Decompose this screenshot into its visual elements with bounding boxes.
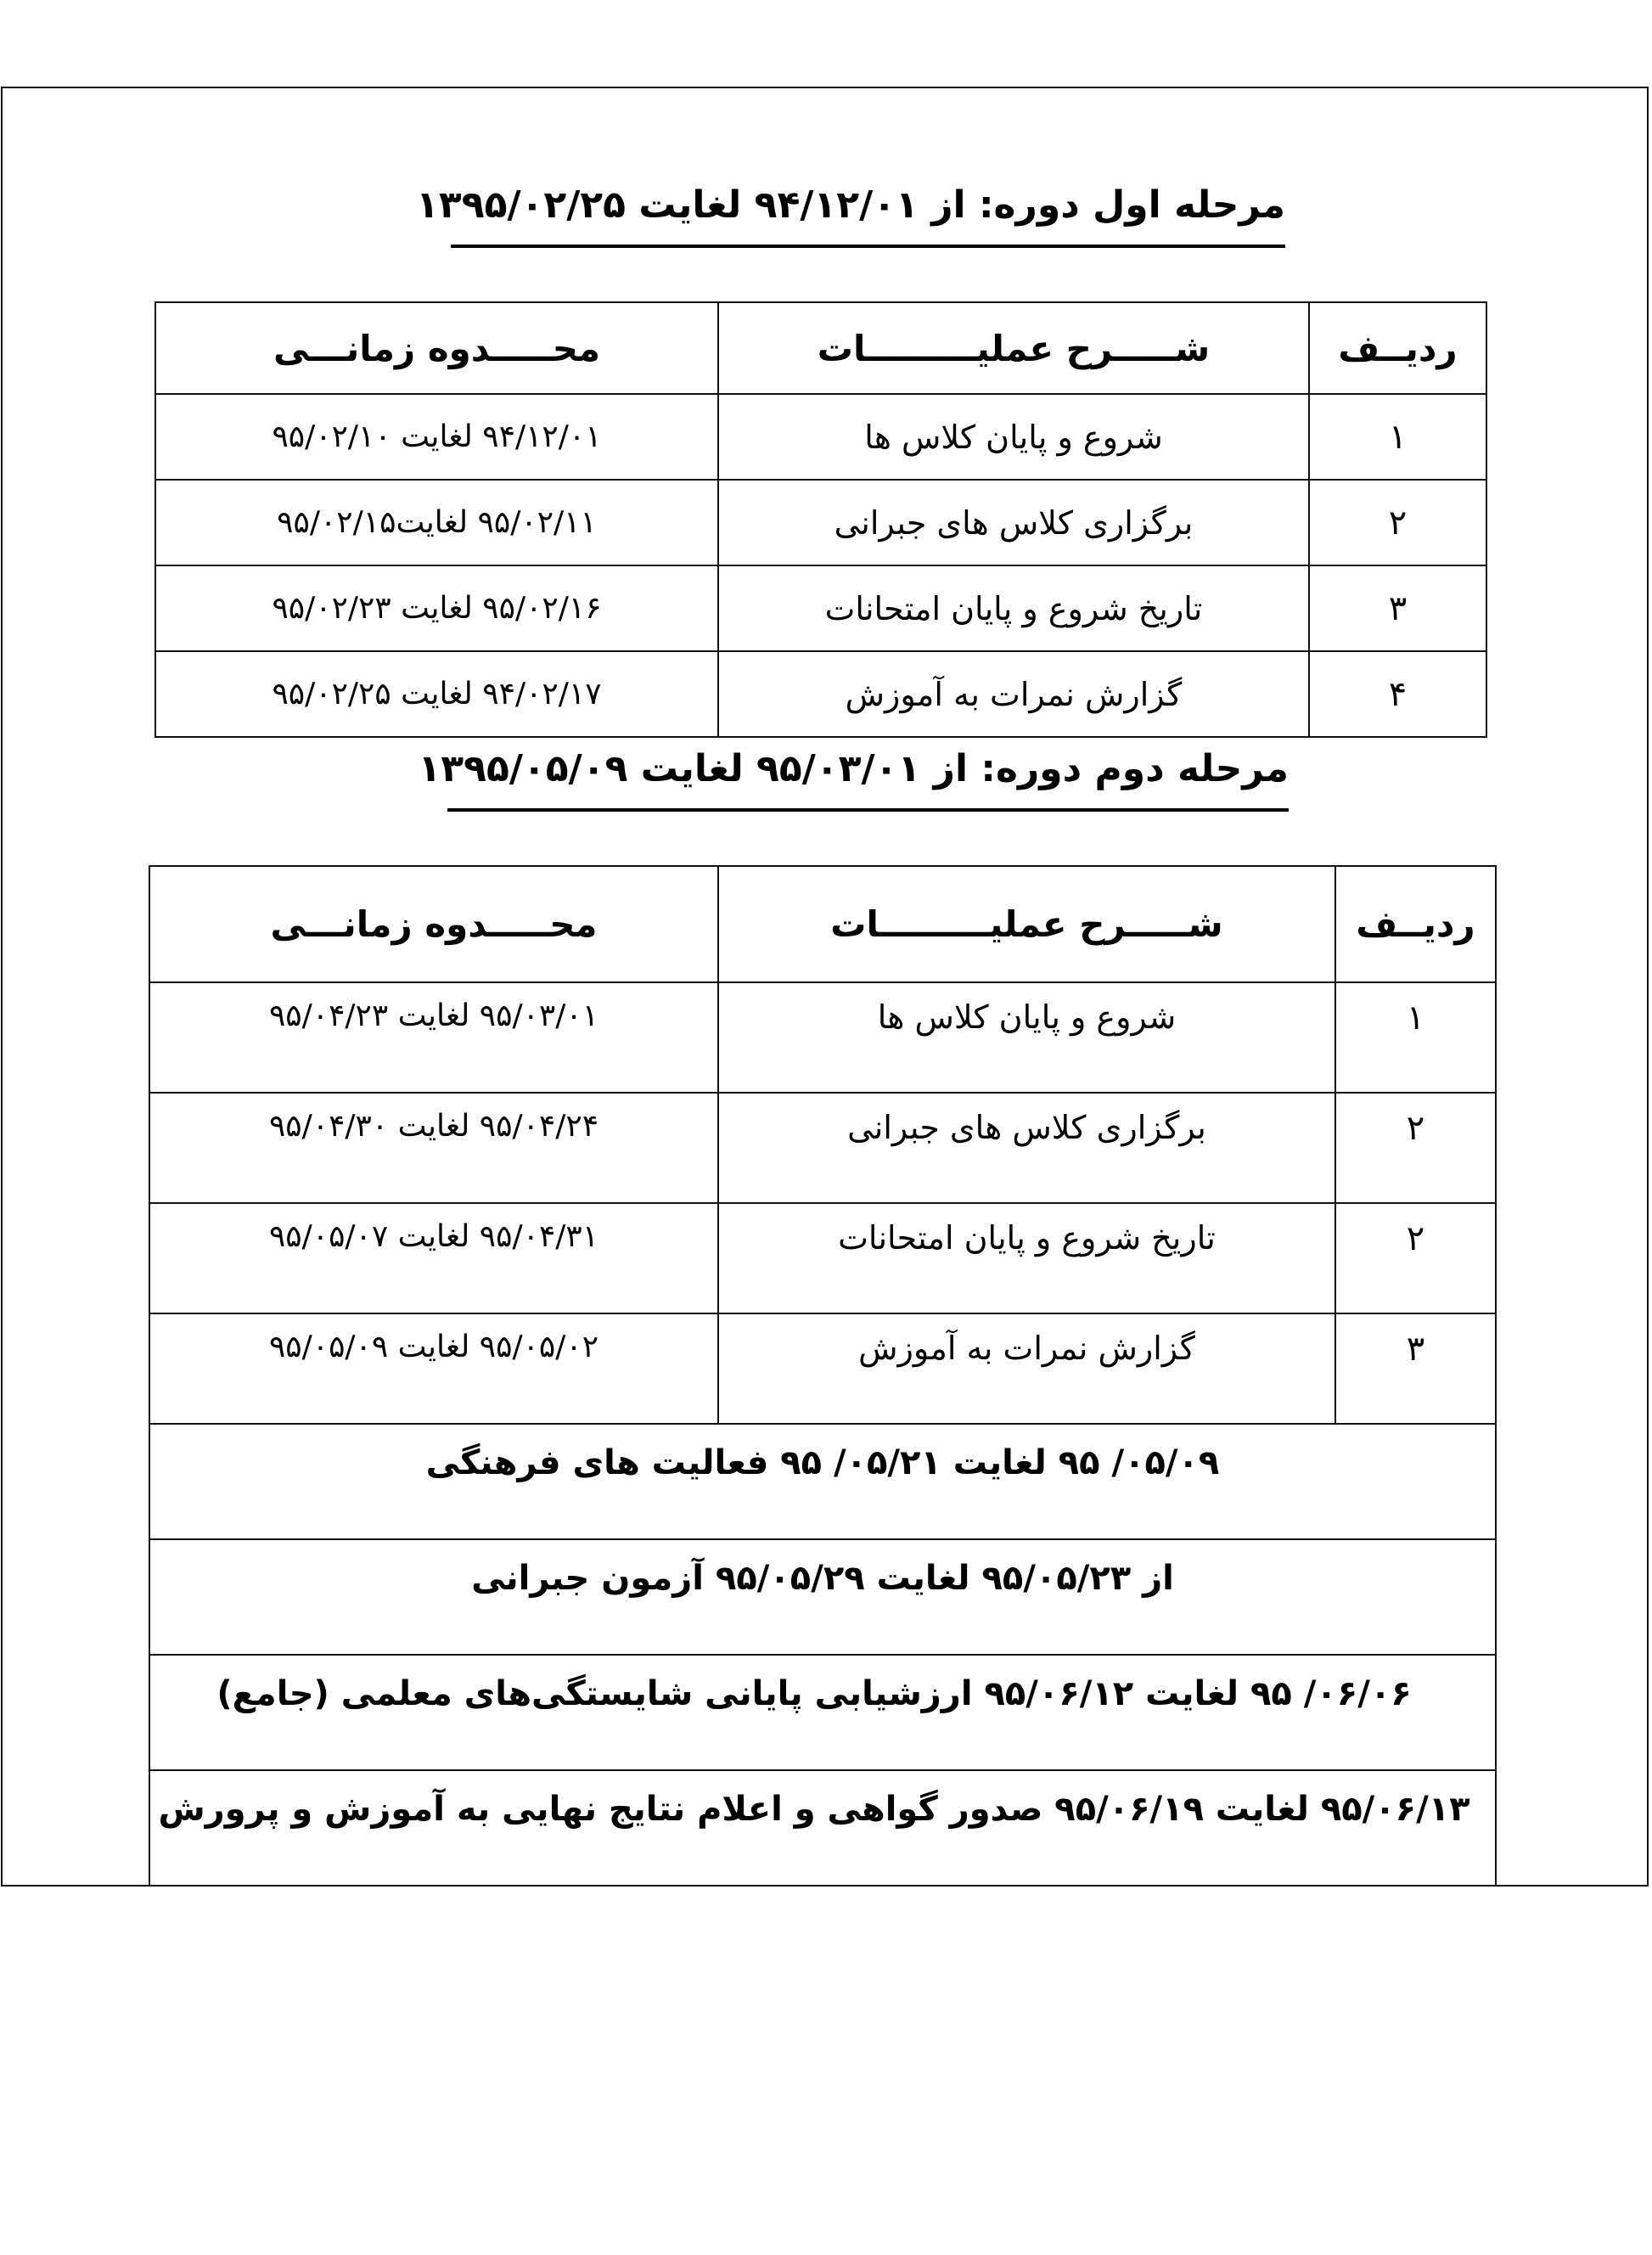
table-row: ۳ گزارش نمرات به آموزش ۹۵/۰۵/۰۲ لغایت ۹۵… [149,1313,1496,1424]
row-index: ۲ [1335,1203,1496,1313]
note-row: ۹۵/۰۶/۱۳ لغایت ۹۵/۰۶/۱۹ صدور گواهی و اعل… [149,1770,1496,1886]
table-row: ۲ تاریخ شروع و پایان امتحانات ۹۵/۰۴/۳۱ ل… [149,1203,1496,1313]
row-index: ۴ [1309,651,1486,737]
row-description: گزارش نمرات به آموزش [718,1313,1335,1424]
table-header-row: ردیــف شـــــرح عملیـــــــــات محـــــد… [149,866,1496,982]
phase2-title: مرحله دوم دوره: از ۹۵/۰۳/۰۱ لغایت ۱۳۹۵/۰… [447,744,1289,812]
note-cultural-activities: ۰۵/۰۹/ ۹۵ لغایت ۰۵/۲۱/ ۹۵ فعالیت های فره… [149,1424,1496,1539]
note-final-assessment: ۰۶/۰۶/ ۹۵ لغایت ۹۵/۰۶/۱۲ ارزشیابی پایانی… [149,1655,1496,1770]
table-row: ۱ شروع و پایان کلاس ها ۹۵/۰۳/۰۱ لغایت ۹۵… [149,982,1496,1093]
note-row: ۰۶/۰۶/ ۹۵ لغایت ۹۵/۰۶/۱۲ ارزشیابی پایانی… [149,1655,1496,1770]
row-description: تاریخ شروع و پایان امتحانات [718,1203,1335,1313]
note-row: ۰۵/۰۹/ ۹۵ لغایت ۰۵/۲۱/ ۹۵ فعالیت های فره… [149,1424,1496,1539]
table-row: ۲ برگزاری کلاس های جبرانی ۹۵/۰۴/۲۴ لغایت… [149,1093,1496,1203]
row-time-range: ۹۵/۰۴/۳۱ لغایت ۹۵/۰۵/۰۷ [149,1203,718,1313]
row-time-range: ۹۵/۰۲/۱۱ لغایت۹۵/۰۲/۱۵ [155,480,718,565]
header-description: شـــــرح عملیـــــــــات [718,866,1335,982]
row-description: تاریخ شروع و پایان امتحانات [718,565,1309,651]
header-time-range: محـــــدوه زمانـــی [155,302,718,394]
row-time-range: ۹۵/۰۵/۰۲ لغایت ۹۵/۰۵/۰۹ [149,1313,718,1424]
row-description: شروع و پایان کلاس ها [718,394,1309,480]
row-time-range: ۹۵/۰۳/۰۱ لغایت ۹۵/۰۴/۲۳ [149,982,718,1093]
row-index: ۳ [1309,565,1486,651]
table-row: ۲ برگزاری کلاس های جبرانی ۹۵/۰۲/۱۱ لغایت… [155,480,1486,565]
table-row: ۴ گزارش نمرات به آموزش ۹۴/۰۲/۱۷ لغایت ۹۵… [155,651,1486,737]
phase2-schedule-table: ردیــف شـــــرح عملیـــــــــات محـــــد… [149,865,1497,1887]
row-index: ۲ [1309,480,1486,565]
row-index: ۱ [1309,394,1486,480]
row-time-range: ۹۴/۱۲/۰۱ لغایت ۹۵/۰۲/۱۰ [155,394,718,480]
row-index: ۱ [1335,982,1496,1093]
row-description: شروع و پایان کلاس ها [718,982,1335,1093]
row-description: برگزاری کلاس های جبرانی [718,1093,1335,1203]
row-description: برگزاری کلاس های جبرانی [718,480,1309,565]
row-index: ۲ [1335,1093,1496,1203]
note-certificate-results: ۹۵/۰۶/۱۳ لغایت ۹۵/۰۶/۱۹ صدور گواهی و اعل… [149,1770,1496,1886]
header-description: شـــــرح عملیـــــــــات [718,302,1309,394]
note-row: از ۹۵/۰۵/۲۳ لغایت ۹۵/۰۵/۲۹ آزمون جبرانی [149,1539,1496,1655]
header-time-range: محـــــدوه زمانـــی [149,866,718,982]
row-description: گزارش نمرات به آموزش [718,651,1309,737]
row-time-range: ۹۵/۰۲/۱۶ لغایت ۹۵/۰۲/۲۳ [155,565,718,651]
table-header-row: ردیــف شـــــرح عملیـــــــــات محـــــد… [155,302,1486,394]
table-row: ۱ شروع و پایان کلاس ها ۹۴/۱۲/۰۱ لغایت ۹۵… [155,394,1486,480]
phase1-schedule-table: ردیــف شـــــرح عملیـــــــــات محـــــد… [155,301,1487,738]
table-row: ۳ تاریخ شروع و پایان امتحانات ۹۵/۰۲/۱۶ ل… [155,565,1486,651]
phase1-title: مرحله اول دوره: از ۹۴/۱۲/۰۱ لغایت ۱۳۹۵/۰… [451,180,1285,248]
row-time-range: ۹۴/۰۲/۱۷ لغایت ۹۵/۰۲/۲۵ [155,651,718,737]
note-makeup-exam: از ۹۵/۰۵/۲۳ لغایت ۹۵/۰۵/۲۹ آزمون جبرانی [149,1539,1496,1655]
row-index: ۳ [1335,1313,1496,1424]
header-index: ردیــف [1335,866,1496,982]
row-time-range: ۹۵/۰۴/۲۴ لغایت ۹۵/۰۴/۳۰ [149,1093,718,1203]
header-index: ردیــف [1309,302,1486,394]
